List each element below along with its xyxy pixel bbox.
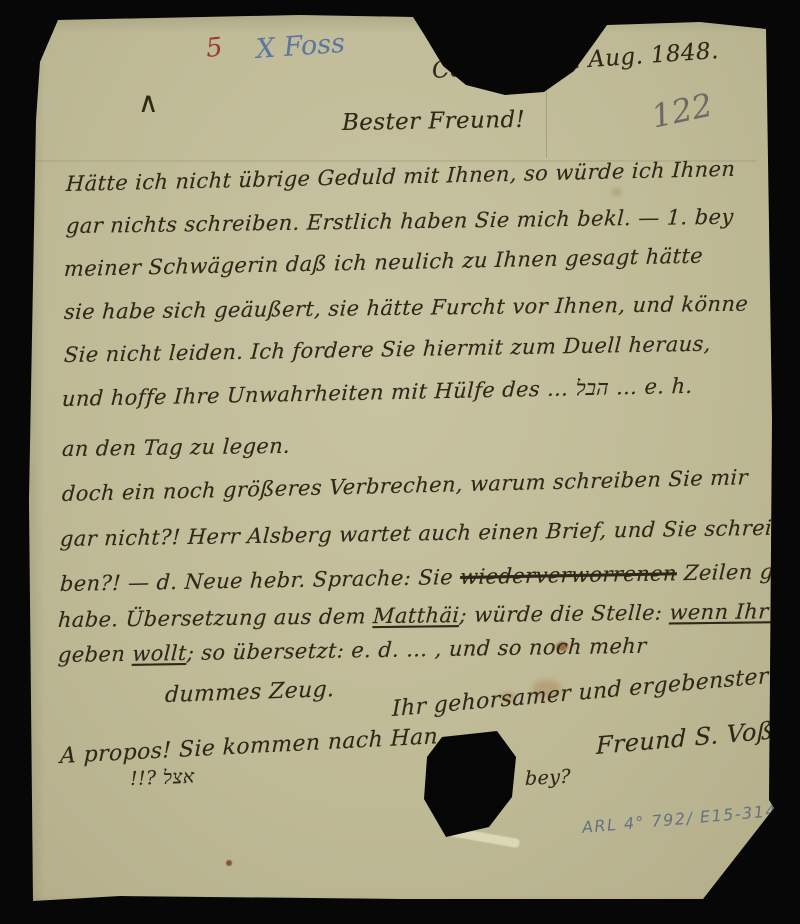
body-line-1: Hätte ich nicht übrige Geduld mit Ihnen,…	[65, 157, 736, 196]
body-line-9: gar nicht?! Herr Alsberg wartet auch ein…	[59, 516, 780, 551]
body-line-10-end: Zeilen gemacht	[676, 558, 800, 585]
body-line-8: doch ein noch größeres Verbrechen, warum…	[61, 465, 748, 506]
body-line-11-text: habe. Übersetzung aus dem	[57, 604, 373, 632]
red-number-annotation: 5	[204, 32, 224, 64]
postscript-marks: !!? אצל	[130, 766, 195, 791]
blue-collector-mark: X Foss	[255, 28, 346, 65]
pencil-page-number: 122	[648, 86, 716, 136]
postscript: A propos! Sie kommen nach Han	[60, 724, 439, 769]
underlined-word-matthaei: Matthäi	[372, 603, 460, 628]
underlined-phrase: wenn Ihr mir	[669, 599, 800, 625]
dateline: Cassel d. 2t. Aug. 1848.	[431, 38, 719, 84]
below-hole-note: bey?	[525, 766, 571, 790]
body-line-10-text: ben?! — d. Neue hebr. Sprache: Sie	[59, 565, 460, 596]
salutation: Bester Freund!	[342, 107, 526, 136]
letter-paper-sheet: 5 X Foss ∧ 122 ARL 4° 792/ E15-314.5 Cas…	[0, 0, 800, 924]
underlined-word-wollt: wollt	[132, 641, 188, 666]
body-line-2: gar nichts schreiben. Erstlich haben Sie…	[65, 205, 734, 238]
body-line-6: und hoffe Ihre Unwahrheiten mit Hülfe de…	[61, 374, 693, 412]
closing-left: dummes Zeug.	[165, 677, 335, 708]
body-line-7: an den Tag zu legen.	[61, 434, 291, 461]
body-line-12: geben wollt; so übersetzt: e. d. … , und…	[57, 634, 647, 667]
paper-hole	[424, 731, 516, 838]
body-line-10: ben?! — d. Neue hebr. Sprache: Sie wiede…	[59, 558, 800, 596]
body-line-5: Sie nicht leiden. Ich fordere Sie hiermi…	[63, 332, 711, 367]
vertical-crease	[546, 8, 547, 158]
archival-shelfmark: ARL 4° 792/ E15-314.5	[581, 799, 796, 837]
foxing-spot	[612, 188, 622, 196]
body-line-11-mid: ; würde die Stelle:	[459, 601, 670, 628]
body-line-4: sie habe sich geäußert, sie hätte Furcht…	[63, 292, 749, 324]
body-line-11: habe. Übersetzung aus dem Matthäi; würde…	[57, 599, 800, 632]
scan-background: 5 X Foss ∧ 122 ARL 4° 792/ E15-314.5 Cas…	[0, 0, 800, 924]
body-line-12-text: geben	[57, 642, 133, 667]
signature: Freund S. Voß.	[596, 716, 781, 760]
body-line-3: meiner Schwägerin daß ich neulich zu Ihn…	[63, 244, 703, 281]
caret-mark: ∧	[138, 86, 159, 119]
ink-speck	[226, 860, 232, 866]
body-line-12-end: ; so übersetzt: e. d. … , und so noch me…	[186, 634, 647, 665]
closing-formula: Ihr gehorsamer und ergebenster	[392, 664, 769, 722]
crossed-out-words: wiederverworrenen	[460, 561, 678, 589]
